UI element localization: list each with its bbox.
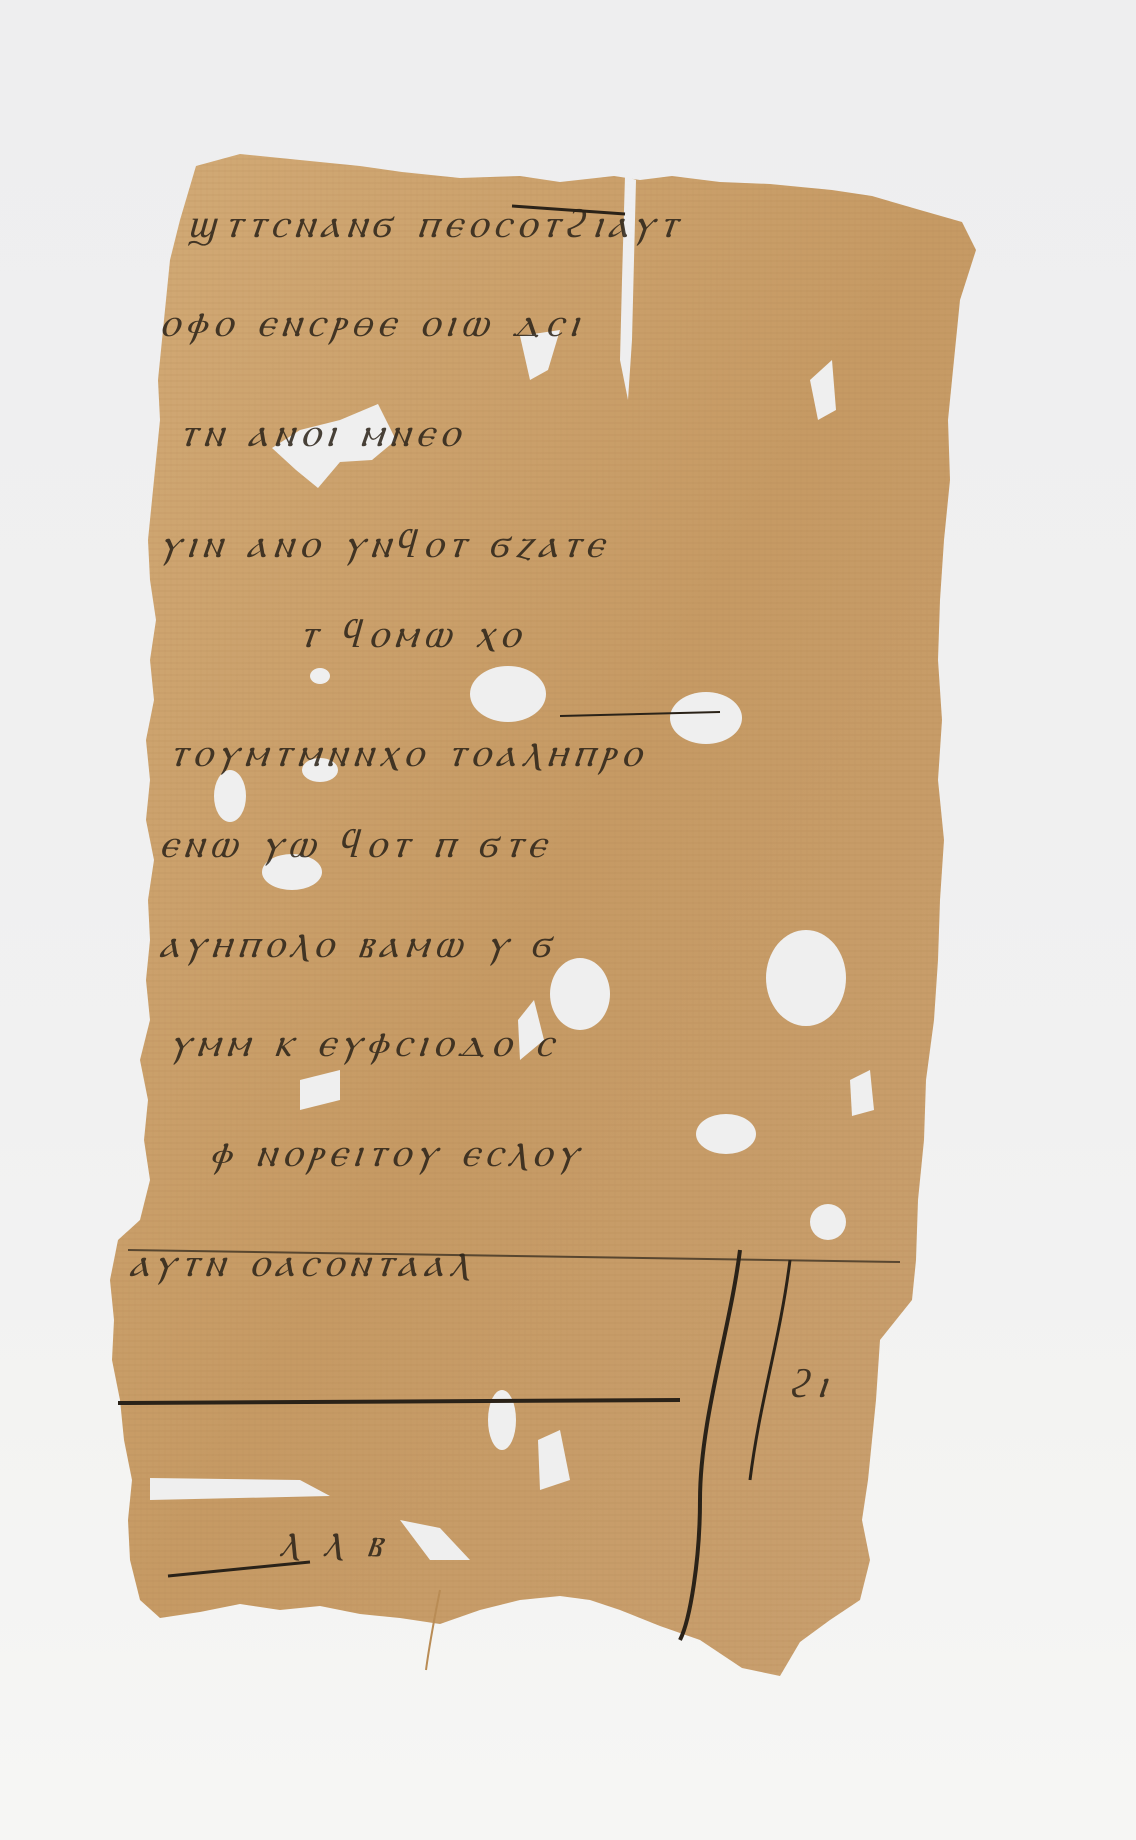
text-line: ⲩⲙⲙ ⲕ ⲉⲩⲫⲥⲓⲟⲇⲟ ⲥ [168, 1020, 562, 1066]
text-line: ⲉⲛⲱ ⲩⲱ ϥⲟⲧ ⲡ ϭⲧⲉ [158, 820, 555, 867]
text-line: ϩⲓ [788, 1360, 836, 1407]
text-line: ⲧⲛ ⲁⲛⲟⲓ ⲙⲛⲉⲟ [178, 410, 468, 456]
text-line: ⲧⲟⲩⲙⲧⲙⲛⲛⲭⲟ ⲧⲟⲁⲗⲏⲡⲣⲟ [168, 730, 650, 776]
text-line: ⲁⲩⲏⲡⲟⲗⲟ ⲃⲁⲙⲱ ⲩ ϭ [158, 920, 561, 967]
text-line: ⲟⲫⲟ ⲉⲛⲥⲣⲑⲉ ⲟⲓⲱ ⲇⲥⲓ [158, 300, 588, 346]
text-line: ⲧ ϥⲟⲙⲱ ⲭⲟ [298, 610, 529, 657]
text-line: ⲗ ⲗ ⲃ [278, 1520, 391, 1566]
text-line: ⲩⲓⲛ ⲁⲛⲟ ⲩⲛϥⲟⲧ ϭⲍⲁⲧⲉ [158, 520, 613, 567]
text-line: ⲫ ⲛⲟⲣⲉⲓⲧⲟⲩ ⲉⲥⲗⲟⲩ [208, 1130, 587, 1176]
text-line: ⲁⲩⲧⲛ ⲟⲁⲥⲟⲛⲧⲁⲁⲗ [128, 1240, 478, 1286]
text-line: ϣⲧⲧⲥⲛⲁⲛϭ ⲡⲉⲟⲥⲟⲧϩⲓⲁⲩⲧ [188, 200, 686, 247]
